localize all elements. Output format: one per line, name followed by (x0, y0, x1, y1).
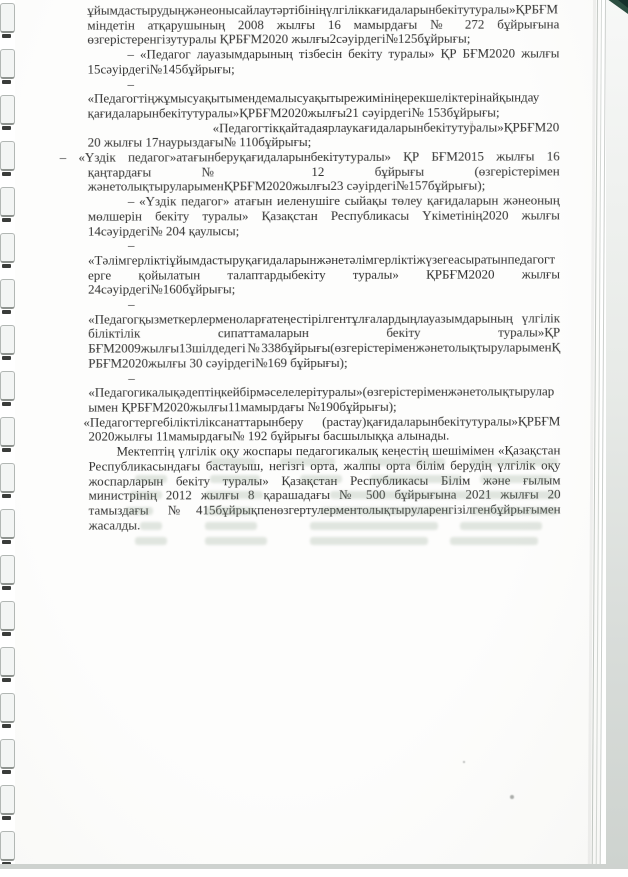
ghost-text-segment (330, 491, 472, 499)
ghost-text-segment (210, 475, 260, 483)
ghost-text-segment (205, 491, 263, 499)
binding-tab (0, 463, 15, 493)
binding-tab (0, 95, 15, 125)
ghost-text-segment (140, 522, 162, 530)
binding-hole-mark (2, 494, 11, 498)
binding-tab (0, 739, 15, 769)
paragraph: Мектептің үлгілік оқу жоспары педагогика… (88, 443, 560, 532)
dust-speck (463, 761, 465, 763)
ghost-text-segment (310, 537, 428, 545)
binding-tab (0, 555, 15, 585)
binding-tab (0, 187, 15, 217)
dust-speck (510, 795, 514, 799)
binding-tab (0, 831, 15, 861)
binding-hole-mark (2, 34, 11, 38)
binding-hole-mark (2, 586, 11, 590)
document-text: ұйымдастырудыңжәнеонысайлаутәртібініңүлг… (87, 2, 560, 533)
binding-hole-mark (2, 172, 11, 176)
page-stack-background (606, 0, 628, 866)
ghost-text-segment (480, 475, 552, 483)
paragraph: ұйымдастырудыңжәнеонысайлаутәртібініңүлг… (87, 2, 559, 47)
ghost-text-segment (320, 507, 452, 515)
binding-tab (0, 233, 15, 263)
binding-hole-mark (2, 356, 11, 360)
paragraph: «Педагогтікқайтадаярлаукағидаларынбекіту… (88, 120, 560, 151)
ghost-text-segment (470, 507, 558, 515)
binding-hole-mark (2, 402, 11, 406)
binding-tab (0, 141, 15, 171)
binding-tab (0, 325, 15, 355)
paragraph: – «Педагогикалықәдептіңкейбірмәселелеріт… (88, 370, 560, 415)
binding-tab (0, 509, 15, 539)
paragraph: – «Педагог лауазымдарының тізбесін бекіт… (87, 46, 559, 77)
ghost-text-segment (280, 458, 335, 466)
binding-tab (0, 371, 15, 401)
ghost-text-segment (135, 537, 167, 545)
ghost-text-segment (205, 507, 253, 515)
binding-hole-mark (2, 816, 11, 820)
binding-hole-mark (2, 540, 11, 544)
binding-hole-mark (2, 770, 11, 774)
ghost-text-segment (205, 537, 267, 545)
ghost-text-segment (125, 507, 153, 515)
binding-hole-mark (2, 264, 11, 268)
document-page: ұйымдастырудыңжәнеонысайлаутәртібініңүлг… (15, 0, 600, 864)
paragraph: – «Педагогтіңжұмысуақытымендемалысуақыты… (88, 76, 560, 121)
binding-tab (0, 3, 15, 33)
ghost-text-segment (135, 475, 167, 483)
ghost-text-segment (300, 475, 342, 483)
paragraph: – «Тәлімгерліктіұйымдастыруқағидаларынжә… (88, 238, 560, 298)
ghost-text-segment (360, 458, 445, 466)
binding-tab (0, 601, 15, 631)
binding-tab (0, 279, 15, 309)
binding-tab (0, 417, 15, 447)
binding-hole-mark (2, 678, 11, 682)
scanner-margin-bottom (0, 869, 628, 877)
binding-hole-mark (2, 632, 11, 636)
ghost-text-segment (205, 522, 257, 530)
binding-hole-mark (2, 310, 11, 314)
paragraph: – «Педагогқызметкерлерменоларғатеңестірі… (88, 296, 560, 371)
ghost-text-segment (460, 522, 542, 530)
ghost-text-segment (310, 522, 438, 530)
paragraph: «Педагогтергебіліктіліксанаттарынберу (р… (88, 414, 560, 445)
ghost-text-segment (450, 537, 538, 545)
binding-tab (0, 693, 15, 723)
binding-hole-mark (2, 126, 11, 130)
ghost-text-segment (370, 475, 462, 483)
ghost-text-segment (210, 458, 255, 466)
scanned-document: ұйымдастырудыңжәнеонысайлаутәртібініңүлг… (0, 0, 628, 877)
binding-tab (0, 49, 15, 79)
binding-hole-mark (2, 80, 11, 84)
binding-tab (0, 785, 15, 815)
binding-hole-mark (2, 218, 11, 222)
ghost-text-segment (470, 458, 558, 466)
ghost-text-segment (130, 491, 162, 499)
ink-speck: ӟ (470, 120, 473, 129)
binding-hole-mark (2, 724, 11, 728)
ghost-text-segment (480, 491, 558, 499)
paragraph: – «Үздік педагог»атағынберуқағидаларынбе… (88, 149, 560, 194)
binding-hole-mark (2, 448, 11, 452)
paragraph: – «Үздік педагог» атағын иеленушіге сыйа… (88, 194, 560, 239)
binding-tab (0, 647, 15, 677)
